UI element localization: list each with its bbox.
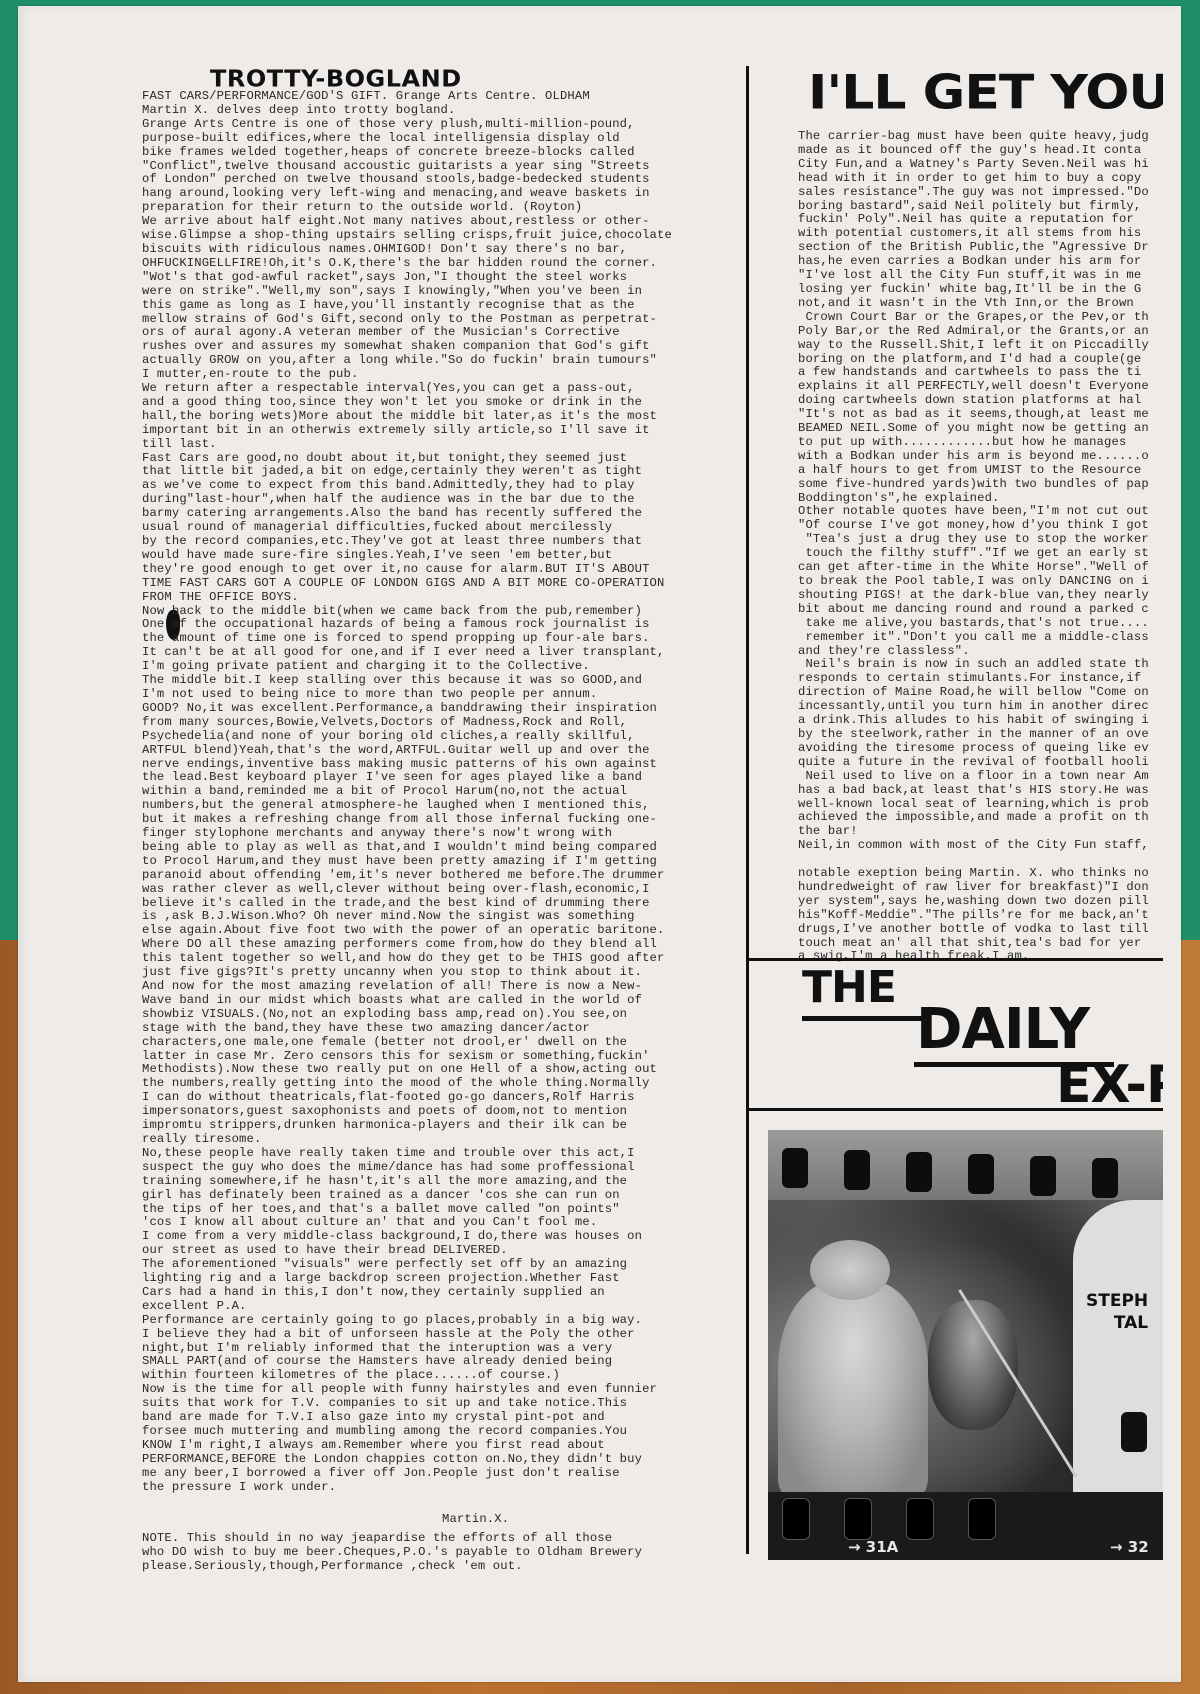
text-line: else again.About five foot two with the … — [142, 924, 722, 938]
text-line: stage with the band,they have these two … — [142, 1022, 722, 1036]
sprocket-hole — [906, 1498, 934, 1540]
text-line: important bit in an otherwis extremely s… — [142, 424, 722, 438]
text-line: rushes over and assures my somewhat shak… — [142, 340, 722, 354]
text-line: night,but I'm reliably informed that the… — [142, 1342, 722, 1356]
text-line: quite a future in the revival of footbal… — [798, 756, 1163, 770]
text-line: has,he even carries a Bodkan under his a… — [798, 255, 1163, 269]
text-line: Neil,in common with most of the City Fun… — [798, 839, 1163, 853]
text-line: latter in case Mr. Zero censors this for… — [142, 1050, 722, 1064]
text-line: Cars had a hand in this,I don't now,they… — [142, 1286, 722, 1300]
text-line: as we've come to expect from this band.A… — [142, 479, 722, 493]
text-line: I come from a very middle-class backgrou… — [142, 1230, 722, 1244]
text-line: ors of aural agony.A veteran member of t… — [142, 326, 722, 340]
stage-banner — [1073, 1200, 1163, 1520]
text-line: a few handstands and cartwheels to pass … — [798, 366, 1163, 380]
text-line: biscuits with ridiculous names.OHMIGOD! … — [142, 243, 722, 257]
text-line: to Procol Harum,and they must have been … — [142, 855, 722, 869]
text-line: was rather clever as well,clever without… — [142, 883, 722, 897]
text-line: and a good thing too,since they won't le… — [142, 396, 722, 410]
text-line: were on strike"."Well,my son",says I kno… — [142, 285, 722, 299]
film-strip-bottom: → 31A → 32 — [768, 1492, 1163, 1560]
text-line: Boddington's",he explained. — [798, 492, 1163, 506]
text-line: I mutter,en-route to the pub. — [142, 368, 722, 382]
sprocket-hole — [782, 1498, 810, 1540]
text-line: the lead.Best keyboard player I've seen … — [142, 771, 722, 785]
text-line: band are made for T.V.I also gaze into m… — [142, 1411, 722, 1425]
text-line: impersonators,guest saxophonists and poe… — [142, 1105, 722, 1119]
article-note: NOTE. This should in no way jeapardise t… — [142, 1532, 722, 1574]
text-line: but it makes a refreshing change from al… — [142, 813, 722, 827]
article-headline-trotty-bogland: TROTTY-BOGLAND — [210, 69, 722, 90]
text-line: I'm going private patient and charging i… — [142, 660, 722, 674]
text-line: 'cos I know all about culture an' that a… — [142, 1216, 722, 1230]
text-line: FROM THE OFFICE BOYS. — [142, 591, 722, 605]
text-line: a drink.This alludes to his habit of swi… — [798, 714, 1163, 728]
text-line: yer system",says he,washing down two doz… — [798, 895, 1163, 909]
text-line: really tiresome. — [142, 1133, 722, 1147]
text-line: No,these people have really taken time a… — [142, 1147, 722, 1161]
text-line: forsee much muttering and mumbling among… — [142, 1425, 722, 1439]
text-line: touch meat an' all that shit,tea's bad f… — [798, 937, 1163, 951]
text-line: Neil used to live on a floor in a town n… — [798, 770, 1163, 784]
sprocket-hole — [968, 1154, 994, 1194]
text-line: One of the occupational hazards of being… — [142, 618, 722, 632]
text-line: till last. — [142, 438, 722, 452]
text-line: "I've lost all the City Fun stuff,it was… — [798, 269, 1163, 283]
text-line: usual round of managerial difficulties,f… — [142, 521, 722, 535]
text-line: who DO wish to buy me beer.Cheques,P.O.'… — [142, 1546, 722, 1560]
text-line: The aforementioned "visuals" were perfec… — [142, 1258, 722, 1272]
text-line: I'm not used to being nice to more than … — [142, 688, 722, 702]
text-line: that little bit jaded,a bit on edge,cert… — [142, 465, 722, 479]
text-line: Now back to the middle bit(when we came … — [142, 605, 722, 619]
text-line: paranoid about offending 'em,it's never … — [142, 869, 722, 883]
text-line: Fast Cars are good,no doubt about it,but… — [142, 452, 722, 466]
banner-text: STEPH TAL — [1086, 1290, 1148, 1334]
text-line: shouting PIGS! at the dark-blue van,they… — [798, 589, 1163, 603]
text-line: Neil's brain is now in such an addled st… — [798, 658, 1163, 672]
text-line: "It's not as bad as it seems,though,at l… — [798, 408, 1163, 422]
text-line: a half hours to get from UMIST to the Re… — [798, 464, 1163, 478]
text-line: losing yer fuckin' white bag,It'll be in… — [798, 283, 1163, 297]
text-line: would have made sure-fire singles.Yeah,I… — [142, 549, 722, 563]
text-line: remember it"."Don't you call me a middle… — [798, 631, 1163, 645]
text-line: preparation for their return to the outs… — [142, 201, 722, 215]
sprocket-hole — [968, 1498, 996, 1540]
text-line: take me alive,you bastards,that's not tr… — [798, 617, 1163, 631]
article-headline-ill-get-you: I'LL GET YOU — [808, 70, 1163, 117]
band-photo-film-strip: STEPH TAL → 31A → 32 — [768, 1130, 1163, 1560]
sprocket-hole — [1121, 1412, 1147, 1452]
text-line: our street as used to have their bread D… — [142, 1244, 722, 1258]
text-line: Poly Bar,or the Red Admiral,or the Grant… — [798, 325, 1163, 339]
column-divider — [746, 66, 749, 1554]
text-line: wise.Glimpse a shop-thing upstairs selli… — [142, 229, 722, 243]
performer-left — [778, 1280, 928, 1500]
text-line: Psychedelia(and none of your boring old … — [142, 730, 722, 744]
text-line: purpose-built edifices,where the local i… — [142, 132, 722, 146]
text-line: avoiding the tiresome process of queing … — [798, 742, 1163, 756]
sprocket-hole — [1092, 1158, 1118, 1198]
text-line: is ,ask B.J.Wison.Who? Oh never mind.Now… — [142, 910, 722, 924]
text-line: some five-hundred yards)with two bundles… — [798, 478, 1163, 492]
text-line: ARTFUL blend)Yeah,that's the word,ARTFUL… — [142, 744, 722, 758]
text-line: actually GROW on you,after a long while.… — [142, 354, 722, 368]
text-line: boring bastard",said Neil politely but f… — [798, 200, 1163, 214]
section-divider — [749, 1108, 1163, 1111]
text-line: girl has definately been trained as a da… — [142, 1189, 722, 1203]
text-line: BEAMED NEIL.Some of you might now be get… — [798, 422, 1163, 436]
text-line — [798, 853, 1163, 867]
text-line: numbers,but the general atmosphere-he la… — [142, 799, 722, 813]
text-line: notable exeption being Martin. X. who th… — [798, 867, 1163, 881]
text-line: And now for the most amazing revelation … — [142, 980, 722, 994]
text-line: TIME FAST CARS GOT A COUPLE OF LONDON GI… — [142, 577, 722, 591]
text-line: We return after a respectable interval(Y… — [142, 382, 722, 396]
text-line: please.Seriously,though,Performance ,che… — [142, 1560, 722, 1574]
text-line: Other notable quotes have been,"I'm not … — [798, 505, 1163, 519]
text-line: barmy catering arrangements.Also the ban… — [142, 507, 722, 521]
text-line: being able to play as well as that,and I… — [142, 841, 722, 855]
text-line: finger stylophone merchants and anyway t… — [142, 827, 722, 841]
text-line: this game as long as I have,you'll insta… — [142, 299, 722, 313]
text-line: just five gigs?It's pretty uncanny when … — [142, 966, 722, 980]
section-divider — [749, 958, 1163, 961]
sprocket-hole — [844, 1498, 872, 1540]
text-line: achieved the impossible,and made a profi… — [798, 811, 1163, 825]
text-line: bike frames welded together,heaps of con… — [142, 146, 722, 160]
text-line: section of the British Public,the "Agres… — [798, 241, 1163, 255]
text-line: characters,one male,one female (better n… — [142, 1036, 722, 1050]
text-line: the bar! — [798, 825, 1163, 839]
text-line: "Of course I've got money,how d'you thin… — [798, 519, 1163, 533]
text-line: City Fun,and a Watney's Party Seven.Neil… — [798, 158, 1163, 172]
text-line: OHFUCKINGELLFIRE!Oh,it's O.K,there's the… — [142, 257, 722, 271]
text-line: during"last-hour",when half the audience… — [142, 493, 722, 507]
text-line: mellow strains of God's Gift,second only… — [142, 313, 722, 327]
text-line: I can do without theatricals,flat-footed… — [142, 1091, 722, 1105]
text-line: sales resistance".The guy was not impres… — [798, 186, 1163, 200]
text-line: explains it all PERFECTLY,well doesn't E… — [798, 380, 1163, 394]
text-line: boring on the platform,and I'd had a cou… — [798, 353, 1163, 367]
text-line: with a Bodkan under his arm is beyond me… — [798, 450, 1163, 464]
masthead-daily: DAILY — [916, 1002, 1089, 1058]
text-line: with potential customers,it all stems fr… — [798, 227, 1163, 241]
text-line: believe it's called in the trade,and the… — [142, 897, 722, 911]
text-line: The carrier-bag must have been quite hea… — [798, 130, 1163, 144]
text-line: this talent together so well,and how do … — [142, 952, 722, 966]
frame-number-label: → 31A — [848, 1538, 898, 1556]
text-line: head with it in order to get him to buy … — [798, 172, 1163, 186]
text-line: fuckin' Poly".Neil has quite a reputatio… — [798, 213, 1163, 227]
text-line: bit about me dancing round and round a p… — [798, 603, 1163, 617]
masthead-the: THE — [802, 966, 896, 1010]
text-line: responds to certain stimulants.For insta… — [798, 672, 1163, 686]
text-line: showbiz VISUALS.(No,not an exploding bas… — [142, 1008, 722, 1022]
sprocket-hole — [844, 1150, 870, 1190]
text-line: me any beer,I borrowed a fiver off Jon.P… — [142, 1467, 722, 1481]
text-line: "Conflict",twelve thousand accoustic gui… — [142, 160, 722, 174]
masthead-underline — [802, 1016, 924, 1021]
text-line: by the steelwork,rather in the manner of… — [798, 728, 1163, 742]
text-line: NOTE. This should in no way jeapardise t… — [142, 1532, 722, 1546]
text-line: touch the filthy stuff"."If we get an ea… — [798, 547, 1163, 561]
text-line: impromtu strippers,drunken harmonica-pla… — [142, 1119, 722, 1133]
text-line: by the record companies,etc.They've got … — [142, 535, 722, 549]
text-line: drugs,I've another bottle of vodka to la… — [798, 923, 1163, 937]
text-line: Wave band in our midst which boasts what… — [142, 994, 722, 1008]
text-line: KNOW I'm right,I always am.Remember wher… — [142, 1439, 722, 1453]
performer-head — [810, 1240, 890, 1300]
masthead-ex: EX-P — [1056, 1062, 1163, 1108]
sprocket-hole — [1030, 1156, 1056, 1196]
text-line: the amount of time one is forced to spen… — [142, 632, 722, 646]
text-line: of London" perched on twelve thousand st… — [142, 173, 722, 187]
article-body-right: The carrier-bag must have been quite hea… — [798, 130, 1163, 964]
text-line: to break the Pool table,I was only DANCI… — [798, 575, 1163, 589]
text-line: It can't be at all good for one,and if I… — [142, 646, 722, 660]
text-line: from many sources,Bowie,Velvets,Doctors … — [142, 716, 722, 730]
text-line: the tips of her toes,and that's a ballet… — [142, 1203, 722, 1217]
text-line: within a band,reminded me a bit of Proco… — [142, 785, 722, 799]
text-line: the numbers,really getting into the mood… — [142, 1077, 722, 1091]
text-line: Grange Arts Centre is one of those very … — [142, 118, 722, 132]
text-line: made as it bounced off the guy's head.It… — [798, 144, 1163, 158]
text-line: SMALL PART(and of course the Hamsters ha… — [142, 1355, 722, 1369]
text-line: Martin X. delves deep into trotty boglan… — [142, 104, 722, 118]
text-line: hundredweight of raw liver for breakfast… — [798, 881, 1163, 895]
sprocket-hole — [906, 1152, 932, 1192]
text-line: hang around,looking very left-wing and m… — [142, 187, 722, 201]
text-line: Crown Court Bar or the Grapes,or the Pev… — [798, 311, 1163, 325]
text-line: can get after-time in the White Horse"."… — [798, 561, 1163, 575]
text-line: way to the Russell.Shit,I left it on Pic… — [798, 339, 1163, 353]
text-line: doing cartwheels down station platforms … — [798, 394, 1163, 408]
text-line: PERFORMANCE,BEFORE the London chappies c… — [142, 1453, 722, 1467]
text-line: GOOD? No,it was excellent.Performance,a … — [142, 702, 722, 716]
text-line: We arrive about half eight.Not many nati… — [142, 215, 722, 229]
text-line: "Tea's just a drug they use to stop the … — [798, 533, 1163, 547]
text-line: not,and it wasn't in the Vth Inn,or the … — [798, 297, 1163, 311]
text-line: The middle bit.I keep stalling over this… — [142, 674, 722, 688]
text-line: Where DO all these amazing performers co… — [142, 938, 722, 952]
text-line: direction of Maine Road,he will bellow "… — [798, 686, 1163, 700]
text-line: well-known local seat of learning,which … — [798, 798, 1163, 812]
text-line: "Wot's that god-awful racket",says Jon,"… — [142, 271, 722, 285]
left-article: TROTTY-BOGLAND FAST CARS/PERFORMANCE/GOD… — [142, 68, 722, 1574]
text-line: Performance are certainly going to go pl… — [142, 1314, 722, 1328]
text-line: suspect the guy who does the mime/dance … — [142, 1161, 722, 1175]
text-line: training somewhere,if he hasn't,it's all… — [142, 1175, 722, 1189]
text-line: has a bad back,at least that's HIS story… — [798, 784, 1163, 798]
article-body: FAST CARS/PERFORMANCE/GOD'S GIFT. Grange… — [142, 90, 722, 1495]
text-line: hall,the boring wets)More about the midd… — [142, 410, 722, 424]
text-line: to put up with............but how he man… — [798, 436, 1163, 450]
frame-number-label: → 32 — [1110, 1538, 1149, 1556]
text-line: and they're classless". — [798, 645, 1163, 659]
text-line: lighting rig and a large backdrop screen… — [142, 1272, 722, 1286]
text-line: I believe they had a bit of unforseen ha… — [142, 1328, 722, 1342]
author-signature: Martin.X. — [442, 1513, 722, 1527]
daily-express-masthead: THE DAILY EX-P — [756, 962, 1163, 1108]
text-line: suits that work for T.V. companies to si… — [142, 1397, 722, 1411]
text-line: excellent P.A. — [142, 1300, 722, 1314]
sprocket-hole — [782, 1148, 808, 1188]
film-strip-top — [768, 1130, 1163, 1200]
text-line: Now is the time for all people with funn… — [142, 1383, 722, 1397]
text-line: within fourteen kilometres of the place.… — [142, 1369, 722, 1383]
text-line: the pressure I work under. — [142, 1481, 722, 1495]
text-line: nerve endings,inventive bass making musi… — [142, 758, 722, 772]
text-line: they're good enough to get over it,no ca… — [142, 563, 722, 577]
right-article: I'LL GET YOU The carrier-bag must have b… — [756, 70, 1163, 970]
text-line: his"Koff-Meddie"."The pills're for me ba… — [798, 909, 1163, 923]
text-line: incessantly,until you turn him in anothe… — [798, 700, 1163, 714]
text-line: Methodists).Now these two really put on … — [142, 1063, 722, 1077]
